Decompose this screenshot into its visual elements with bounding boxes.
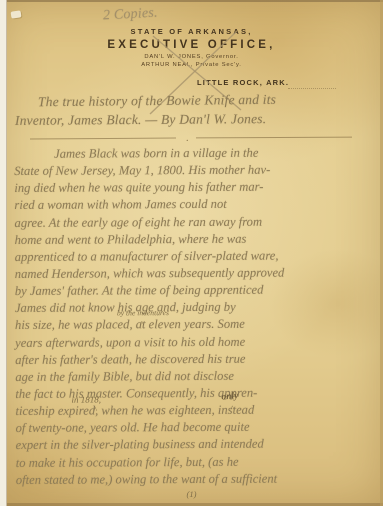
caret-mark: ^ [140, 319, 144, 328]
underline-segment [30, 137, 176, 139]
letterhead-governor-line: DAN'L W. JONES, Governor. [0, 54, 383, 60]
caret-mark: ^ [93, 406, 97, 415]
title-line-1: The true history of the Bowie Knife and … [38, 92, 276, 110]
manuscript-line: years afterwards, upon a visit to his ol… [15, 334, 375, 353]
manuscript-line: to make it his occupation for life, but,… [16, 454, 376, 473]
manuscript-line: ing died when he was quite young his fat… [14, 179, 374, 198]
manuscript-line: after his father's death, he discovered … [15, 351, 375, 370]
caret-mark: ^ [230, 404, 234, 413]
manuscript-line: State of New Jersey, May 1, 1800. His mo… [14, 162, 374, 181]
letterhead-office-line: EXECUTIVE OFFICE, [0, 39, 383, 51]
manuscript-line: home and went to Philadelphia, where he … [15, 231, 375, 250]
scan-edge-left [0, 0, 7, 506]
underline-segment [196, 137, 352, 139]
underline-dot: . [186, 133, 189, 144]
letterhead-city: LITTLE ROCK, ARK. [197, 78, 289, 87]
interlinear-insertion-indentures: by the indentures [117, 308, 169, 317]
manuscript-line: named Henderson, which was subsequently … [15, 265, 375, 284]
letterhead: STATE OF ARKANSAS, EXECUTIVE OFFICE, DAN… [0, 27, 383, 68]
date-rule [288, 88, 336, 89]
manuscript-line: expert in the silver-plating business an… [16, 436, 376, 455]
page-number: (1) [0, 489, 383, 499]
paper-blemish [11, 10, 22, 18]
manuscript-body: James Black was born in a village in the… [14, 145, 376, 490]
interlinear-insertion-1818: in 1818, [71, 394, 101, 404]
document-scan: 2 Copies. STATE OF ARKANSAS, EXECUTIVE O… [0, 0, 383, 506]
scan-edge-top [0, 0, 383, 2]
manuscript-line: by James' father. At the time of being a… [15, 282, 375, 301]
title-underline: . [0, 137, 383, 140]
title-line-2: Inventor, James Black. — By Dan'l W. Jon… [15, 111, 266, 129]
manuscript-line: ried a woman with whom James could not [14, 196, 374, 215]
manuscript-line: his size, he was placed, at eleven years… [15, 316, 375, 335]
manuscript-line: apprenticed to a manufacturer of silver-… [15, 248, 375, 267]
manuscript-line: often stated to me,) owing to the want o… [16, 471, 376, 490]
manuscript-line: the fact to his master. Consequently, hi… [15, 385, 375, 404]
manuscript-line: James Black was born in a village in the [14, 145, 374, 164]
manuscript-line: James did not know his age and, judging … [15, 299, 375, 318]
manuscript-line: ticeship expired, when he was eighteen, … [15, 402, 375, 421]
copies-annotation: 2 Copies. [103, 6, 158, 25]
manuscript-line: of twenty-one, years old. He had become … [16, 419, 376, 438]
letterhead-state-line: STATE OF ARKANSAS, [0, 27, 383, 36]
letterhead-secretary-line: ARTHUR NEAL, Private Sec'y. [0, 62, 383, 68]
manuscript-line: agree. At the early age of eight he ran … [14, 214, 374, 233]
manuscript-line: age in the family Bible, but did not dis… [15, 368, 375, 387]
interlinear-insertion-only: only [221, 391, 239, 402]
